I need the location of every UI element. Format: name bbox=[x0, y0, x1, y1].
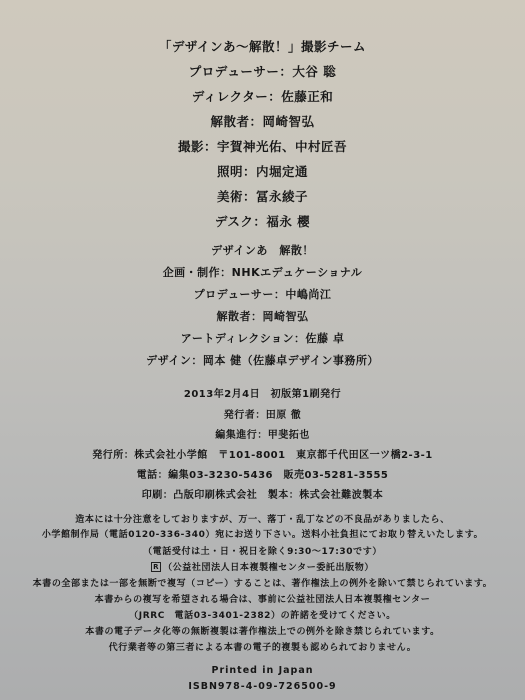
digital-notice-1: 本書の電子データ化等の無断複製は著作権法上での例外を除き禁じられています。 bbox=[0, 624, 525, 637]
printed-in-japan: Printed in Japan bbox=[0, 665, 525, 676]
team-credits-title: 「デザインあ～解散！」撮影チーム bbox=[0, 37, 525, 55]
printing-binding: 印刷：凸版印刷株式会社 製本：株式会社難波製本 bbox=[0, 486, 525, 501]
team-credit-camera: 撮影：宇賀神光佑、中村匠吾 bbox=[0, 137, 525, 155]
colophon-page: 「デザインあ～解散！」撮影チーム プロデューサー：大谷 聡 ディレクター：佐藤正… bbox=[0, 0, 525, 700]
publisher-company: 発行所：株式会社小学館 〒101-8001 東京都千代田区一ツ橋2-3-1 bbox=[0, 446, 525, 461]
team-credit-dissolver: 解散者：岡崎智弘 bbox=[0, 112, 525, 130]
book-credit-producer: プロデューサー：中嶋尚江 bbox=[0, 286, 525, 302]
jrrc-notice: （公益社団法人日本複製権センター委託出版物） bbox=[163, 563, 374, 573]
team-credit-desk: デスク：福永 櫻 bbox=[0, 212, 525, 230]
digital-notice-2: 代行業者等の第三者による本書の電子的複製も認められておりません。 bbox=[0, 640, 525, 653]
publisher-phone: 電話：編集03-3230-5436 販売03-5281-3555 bbox=[0, 466, 525, 481]
publisher-person: 発行者：田原 徹 bbox=[0, 406, 525, 421]
copy-notice-1: 本書の全部または一部を無断で複写（コピー）することは、著作権法上の例外を除いて禁… bbox=[0, 576, 525, 589]
defect-notice-1: 造本には十分注意をしておりますが、万一、落丁・乱丁などの不良品がありましたら、 bbox=[0, 512, 525, 525]
team-credit-lighting: 照明：内堀定通 bbox=[0, 162, 525, 180]
registered-r-icon: R bbox=[151, 562, 161, 572]
jrrc-notice-line: R（公益社団法人日本複製権センター委託出版物） bbox=[0, 560, 525, 573]
book-credit-dissolver: 解散者：岡崎智弘 bbox=[0, 308, 525, 324]
team-credit-director: ディレクター：佐藤正和 bbox=[0, 87, 525, 105]
copy-notice-2: 本書からの複写を希望される場合は、事前に公益社団法人日本複製権センター bbox=[0, 592, 525, 605]
team-credit-art: 美術：冨永綾子 bbox=[0, 187, 525, 205]
isbn: ISBN978-4-09-726500-9 bbox=[0, 681, 525, 692]
book-credits-title: デザインあ 解散！ bbox=[0, 242, 525, 258]
team-credit-producer: プロデューサー：大谷 聡 bbox=[0, 62, 525, 80]
book-credit-design: デザイン：岡本 健（佐藤卓デザイン事務所） bbox=[0, 352, 525, 368]
phone-hours-notice: （電話受付は土・日・祝日を除く9:30～17:30です） bbox=[0, 544, 525, 557]
editor: 編集進行：甲斐拓也 bbox=[0, 426, 525, 441]
defect-notice-2: 小学館制作局（電話0120-336-340）宛にお送り下さい。送料小社負担にてお… bbox=[0, 527, 525, 540]
copy-notice-3: （JRRC 電話03-3401-2382）の許諾を受けてください。 bbox=[0, 608, 525, 621]
publication-date: 2013年2月4日 初版第1刷発行 bbox=[0, 385, 525, 400]
book-credit-art-direction: アートディレクション：佐藤 卓 bbox=[0, 330, 525, 346]
book-credit-planning: 企画・制作：NHKエデュケーショナル bbox=[0, 264, 525, 280]
